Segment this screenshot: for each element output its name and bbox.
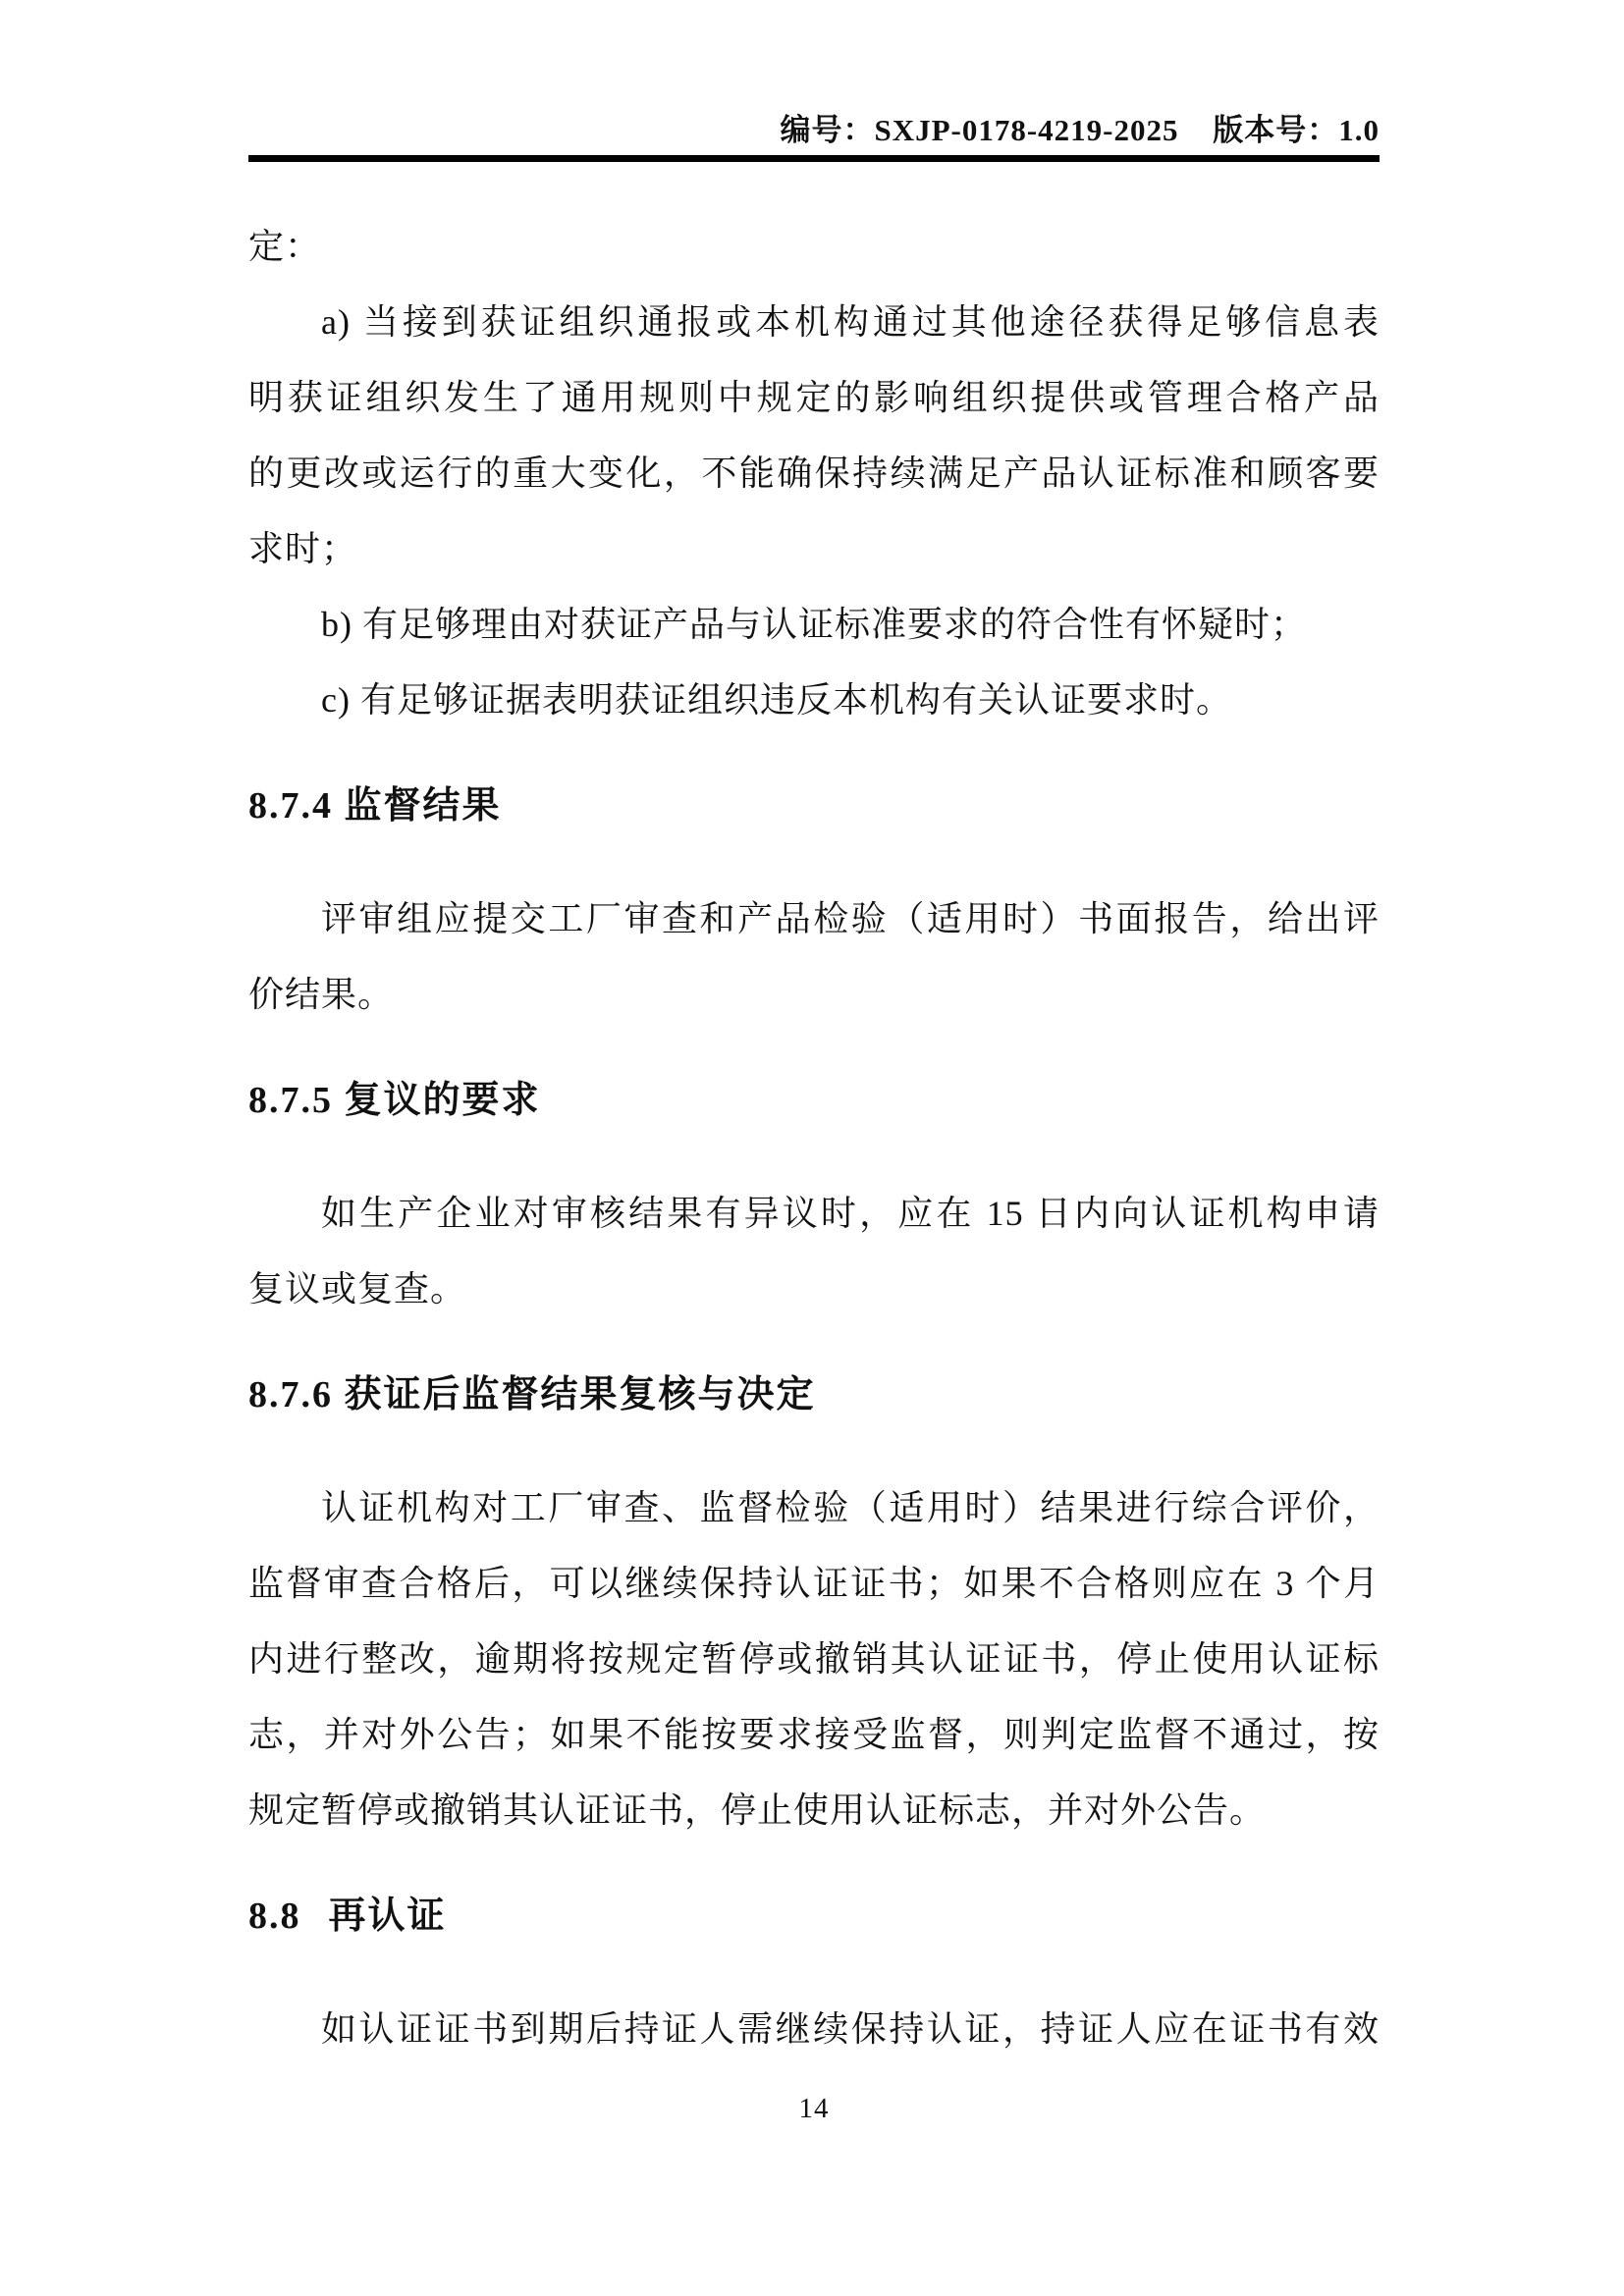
section-heading-8-7-5: 8.7.5 复议的要求 xyxy=(248,1076,1380,1125)
body-line: c) 有足够证据表明获证组织违反本机构有关认证要求时。 xyxy=(248,663,1380,738)
doc-number: 编号：SXJP-0178-4219-2025 xyxy=(780,113,1178,147)
body-line: 评审组应提交工厂审查和产品检验（适用时）书面报告，给出评 xyxy=(248,881,1380,957)
body-line: 如生产企业对审核结果有异议时，应在 15 日内向认证机构申请 xyxy=(248,1176,1380,1252)
body-line: b) 有足够理由对获证产品与认证标准要求的符合性有怀疑时； xyxy=(248,587,1380,663)
body-line: 明获证组织发生了通用规则中规定的影响组织提供或管理合格产品 xyxy=(248,360,1380,436)
section-heading-8-7-4: 8.7.4 监督结果 xyxy=(248,781,1380,830)
body-line: 的更改或运行的重大变化，不能确保持续满足产品认证标准和顾客要 xyxy=(248,436,1380,511)
text-frame: 编号：SXJP-0178-4219-2025 版本号：1.0 定： a) 当接到… xyxy=(248,0,1380,2125)
body-line: 规定暂停或撤销其认证证书，停止使用认证标志，并对外公告。 xyxy=(248,1773,1380,1848)
section-number: 8.8 xyxy=(248,1896,301,1937)
body-line: 志，并对外公告；如果不能按要求接受监督，则判定监督不通过，按 xyxy=(248,1697,1380,1773)
section-title: 再认证 xyxy=(329,1896,447,1937)
body-line: 定： xyxy=(248,209,1380,285)
doc-version: 版本号：1.0 xyxy=(1213,113,1380,147)
document-page: 编号：SXJP-0178-4219-2025 版本号：1.0 定： a) 当接到… xyxy=(0,0,1624,2296)
body-line: 内进行整改，逾期将按规定暂停或撤销其认证证书，停止使用认证标 xyxy=(248,1622,1380,1697)
page-footer: 14 xyxy=(248,2092,1380,2125)
body-line: 如认证证书到期后持证人需继续保持认证，持证人应在证书有效 xyxy=(248,1992,1380,2067)
body-line: 价结果。 xyxy=(248,957,1380,1033)
body-line: a) 当接到获证组织通报或本机构通过其他途径获得足够信息表 xyxy=(248,285,1380,360)
header-divider xyxy=(248,155,1380,162)
section-heading-8-8: 8.8再认证 xyxy=(248,1892,1380,1941)
body-line: 复议或复查。 xyxy=(248,1252,1380,1327)
section-heading-8-7-6: 8.7.6 获证后监督结果复核与决定 xyxy=(248,1370,1380,1419)
body-line: 监督审查合格后，可以继续保持认证证书；如果不合格则应在 3 个月 xyxy=(248,1546,1380,1622)
page-header: 编号：SXJP-0178-4219-2025 版本号：1.0 xyxy=(248,0,1380,147)
body-line: 认证机构对工厂审查、监督检验（适用时）结果进行综合评价， xyxy=(248,1470,1380,1546)
page-number: 14 xyxy=(799,2093,830,2124)
document-body: 定： a) 当接到获证组织通报或本机构通过其他途径获得足够信息表 明获证组织发生… xyxy=(248,209,1380,2067)
body-line: 求时； xyxy=(248,511,1380,587)
